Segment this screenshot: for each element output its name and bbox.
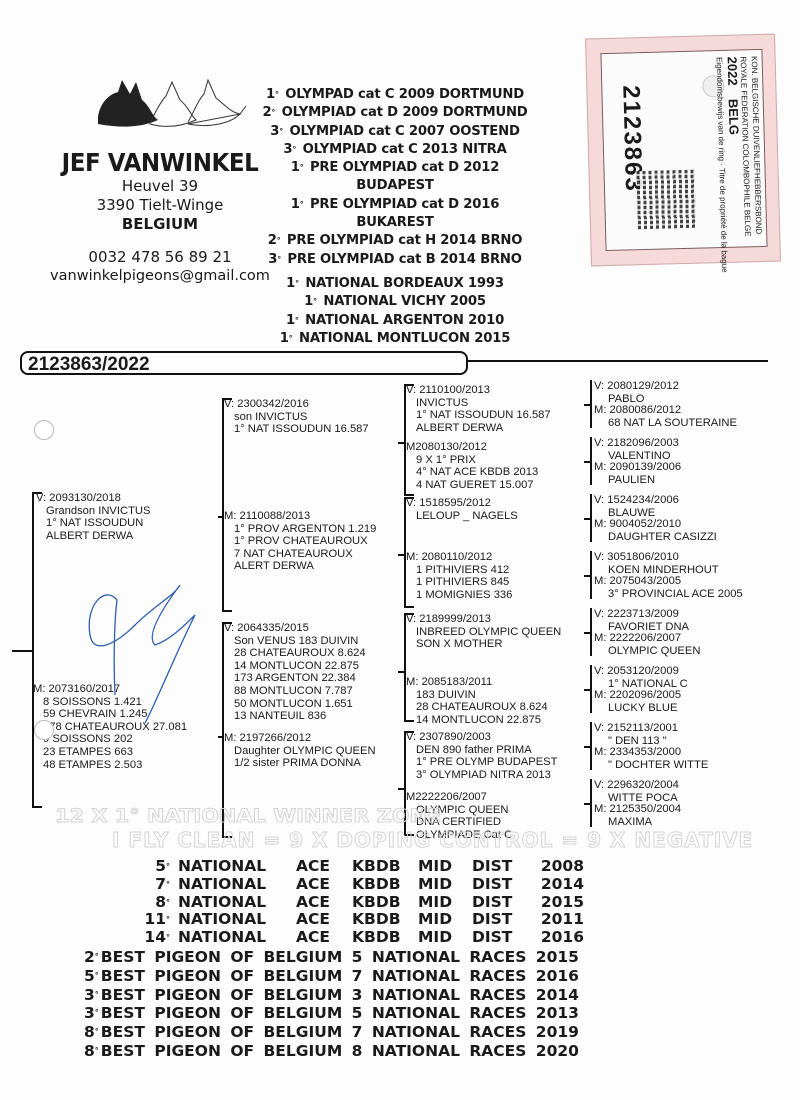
rank: 1	[304, 294, 313, 309]
ring-number: V: 2080129/2012	[594, 380, 679, 392]
signature	[85, 575, 210, 725]
best-pigeon-results: 2° BEST PIGEON OF BELGIUM 5 NATIONAL RAC…	[84, 948, 579, 1061]
ring-number: V: 2189999/2013	[406, 613, 491, 625]
ring-card: 2123863 KON. BELGISCHE DUIVENLIEFHEBBERS…	[585, 34, 781, 267]
olympiad-result: 2° PRE OLYMPIAD cat H 2014 BRNO	[250, 232, 540, 250]
rank: 1	[291, 160, 300, 175]
rank: 1	[291, 197, 300, 212]
achievements-list: 1° OLYMPAD cat C 2009 DORTMUND2° OLYMPIA…	[250, 86, 540, 348]
ace-results: 5°NATIONALACEKBDBMIDDIST20087°NATIONALAC…	[140, 858, 584, 947]
g3-entry: V: 2307890/2003DEN 890 father PRIMA1° PR…	[406, 731, 557, 781]
owner-email[interactable]: vanwinkelpigeons@gmail.com	[40, 267, 280, 286]
g4-entry: V: 2080129/2012PABLO	[594, 380, 679, 405]
entry-line: 1 PITHIVIERS 845	[406, 576, 512, 589]
rank: 3	[268, 252, 277, 267]
entry-line: 1/2 sister PRIMA DONNA	[224, 757, 376, 770]
ring-number: M: 2075043/2005	[594, 575, 681, 587]
ring-number: M: 9004052/2010	[594, 518, 681, 530]
ring-number: M: 2202096/2005	[594, 689, 681, 701]
g2-sire-dam: M: 2110088/20131° PROV ARGENTON 1.2191° …	[224, 510, 376, 573]
entry-line: MAXIMA	[594, 816, 681, 829]
rank: 2	[268, 233, 277, 248]
entry-line: 13 NANTEUIL 836	[224, 710, 366, 723]
entry-line: 1° PROV ARGENTON 1.219	[224, 523, 376, 536]
g4-entry: V: 2296320/2004WITTE POCA	[594, 779, 679, 804]
best-pigeon-result: 2° BEST PIGEON OF BELGIUM 5 NATIONAL RAC…	[84, 948, 579, 967]
entry-line: 9 SOISSONS 202	[33, 733, 187, 746]
entry-line: 1 MOMIGNIES 336	[406, 589, 512, 602]
olympiad-result: 1° PRE OLYMPIAD cat D 2012 BUDAPEST	[250, 159, 540, 196]
ace-result: 14°NATIONALACEKBDBMIDDIST2016	[140, 929, 584, 947]
result-text: OLYMPIAD cat C 2013 NITRA	[298, 142, 506, 157]
entry-line: 50 MONTLUCON 1.651	[224, 698, 366, 711]
result-text: PRE OLYMPIAD cat D 2016 BUKAREST	[306, 197, 500, 230]
national-result: 1° NATIONAL VICHY 2005	[250, 293, 540, 311]
pedigree-ring-title: 2123863/2022	[20, 351, 468, 375]
rank: 1	[280, 331, 289, 346]
tree-line	[590, 437, 592, 485]
ring-number: M: 2085183/2011	[406, 676, 492, 688]
entry-line: 3° PROVINCIAL ACE 2005	[594, 588, 743, 601]
g3-entry: M: 2080110/20121 PITHIVIERS 4121 PITHIVI…	[406, 551, 512, 601]
olympiad-result: 3° OLYMPIAD cat C 2013 NITRA	[250, 141, 540, 159]
tree-connector	[584, 404, 590, 406]
ring-number: V: 2300342/2016	[224, 398, 309, 410]
punch-hole	[34, 720, 54, 740]
ring-number: M: 2334353/2000	[594, 746, 681, 758]
watermark-fly-clean: I FLY CLEAN = 9 X DOPING CONTROL = 9 X N…	[112, 828, 753, 852]
g4-entry: M: 2222206/2007OLYMPIC QUEEN	[594, 632, 700, 657]
ring-number: M: 2110088/2013	[224, 510, 310, 522]
tree-line	[590, 608, 592, 656]
entry-line: SON X MOTHER	[406, 638, 561, 651]
entry-line: 28 CHATEAUROUX 8.624	[224, 647, 366, 660]
g3-entry: V: 2110100/2013INVICTUS1° NAT ISSOUDUN 1…	[406, 384, 551, 434]
rank: 1	[286, 313, 295, 328]
watermark-national-winner: 12 X 1° NATIONAL WINNER ZONE	[55, 805, 441, 827]
best-pigeon-result: 8° BEST PIGEON OF BELGIUM 8 NATIONAL RAC…	[84, 1042, 579, 1061]
entry-line: 28 CHATEAUROUX 8.624	[406, 701, 548, 714]
tree-connector	[584, 689, 590, 691]
national-result: 1° NATIONAL MONTLUCON 2015	[250, 330, 540, 348]
rank: 1	[286, 276, 295, 291]
olympiad-result: 2° OLYMPIAD cat D 2009 DORTMUND	[250, 104, 540, 122]
ring-card-inner: 2123863 KON. BELGISCHE DUIVENLIEFHEBBERS…	[600, 49, 767, 251]
result-text: NATIONAL VICHY 2005	[319, 294, 486, 309]
entry-line: 1° PRE OLYMP BUDAPEST	[406, 756, 557, 769]
entry-line: INBREED OLYMPIC QUEEN	[406, 626, 561, 639]
national-result: 1° NATIONAL BORDEAUX 1993	[250, 275, 540, 293]
ace-result: 11°NATIONALACEKBDBMIDDIST2011	[140, 911, 584, 929]
ace-result: 8°NATIONALACEKBDBMIDDIST2015	[140, 894, 584, 912]
g2-sire-sire: V: 2300342/2016son INVICTUS1° NAT ISSOUD…	[224, 398, 369, 436]
ring-number: M: 2222206/2007	[594, 632, 681, 644]
tree-connector	[12, 650, 32, 652]
g4-entry: M: 2202096/2005LUCKY BLUE	[594, 689, 681, 714]
olympiad-result: 1° OLYMPAD cat C 2009 DORTMUND	[250, 86, 540, 104]
entry-line: 3° OLYMPIAD NITRA 2013	[406, 769, 557, 782]
entry-line: PAULIEN	[594, 474, 681, 487]
result-text: OLYMPIAD cat D 2009 DORTMUND	[277, 105, 527, 120]
ownership-fr: Titre de propriété de la bague	[717, 168, 729, 273]
g3-entry: V: 1518595/2012LELOUP _ NAGELS	[406, 497, 518, 522]
tree-line	[590, 494, 592, 542]
entry-line: Daughter OLYMPIC QUEEN	[224, 745, 376, 758]
entry-line: LUCKY BLUE	[594, 702, 681, 715]
g4-entry: M: 2125350/2004MAXIMA	[594, 803, 681, 828]
tree-connector	[584, 632, 590, 634]
g4-entry: M: 2075043/20053° PROVINCIAL ACE 2005	[594, 575, 743, 600]
ring-year: 2022	[725, 56, 741, 85]
owner-name: JEF VANWINKEL	[50, 148, 271, 177]
g4-entry: V: 2152113/2001" DEN 113 "	[594, 722, 678, 747]
ring-country: BELG	[726, 99, 742, 136]
owner-phone: 0032 478 56 89 21	[40, 248, 280, 267]
result-text: PRE OLYMPIAD cat D 2012 BUDAPEST	[306, 160, 500, 193]
entry-line: 14 MONTLUCON 22.875	[224, 660, 366, 673]
ring-number: V: 2182096/2003	[594, 437, 679, 449]
entry-line: 1° PROV CHATEAUROUX	[224, 535, 376, 548]
best-pigeon-result: 5° BEST PIGEON OF BELGIUM 7 NATIONAL RAC…	[84, 967, 579, 986]
olympiad-result: 3° PRE OLYMPIAD cat B 2014 BRNO	[250, 251, 540, 269]
ring-card-text: KON. BELGISCHE DUIVENLIEFHEBBERSBOND ROY…	[714, 56, 765, 237]
entry-line: 7 NAT CHATEAUROUX	[224, 548, 376, 561]
g2-dam-dam: M: 2197266/2012Daughter OLYMPIC QUEEN1/2…	[224, 732, 376, 770]
national-result: 1° NATIONAL ARGENTON 2010	[250, 312, 540, 330]
ring-number: M2222206/2007	[406, 791, 487, 803]
g4-entry: V: 2053120/20091° NATIONAL C	[594, 665, 688, 690]
entry-line: DAUGHTER CASIZZI	[594, 531, 717, 544]
best-pigeon-result: 3° BEST PIGEON OF BELGIUM 3 NATIONAL RAC…	[84, 986, 579, 1005]
entry-line: LELOUP _ NAGELS	[406, 510, 518, 523]
ring-number: V: 2053120/2009	[594, 665, 679, 677]
g2-dam-sire: V: 2064335/2015Son VENUS 183 DUIVIN28 CH…	[224, 622, 366, 723]
g4-entry: M: 9004052/2010DAUGHTER CASIZZI	[594, 518, 717, 543]
entry-line: 4° NAT ACE KBDB 2013	[406, 466, 538, 479]
ace-result: 7°NATIONALACEKBDBMIDDIST2014	[140, 876, 584, 894]
entry-line: ALERT DERWA	[224, 560, 376, 573]
entry-line: 68 NAT LA SOUTERAINE	[594, 417, 737, 430]
tree-connector	[584, 518, 590, 520]
ring-number: V: 3051806/2010	[594, 551, 679, 563]
g4-entry: V: 3051806/2010KOEN MINDERHOUT	[594, 551, 719, 576]
olympiad-result: 3° OLYMPIAD cat C 2007 OOSTEND	[250, 123, 540, 141]
ring-number: M: 2080086/2012	[594, 404, 681, 416]
result-text: NATIONAL BORDEAUX 1993	[301, 276, 504, 291]
result-text: NATIONAL ARGENTON 2010	[301, 313, 504, 328]
entry-line: Son VENUS 183 DUIVIN	[224, 635, 366, 648]
entry-line: 48 ETAMPES 2.503	[33, 759, 187, 772]
ring-number: V: 2064335/2015	[224, 622, 309, 634]
ring-number: V: 2307890/2003	[406, 731, 491, 743]
sire-entry: V: 2093130/2018Grandson INVICTUS1° NAT I…	[36, 492, 150, 542]
g4-entry: M: 2090139/2006PAULIEN	[594, 461, 681, 486]
g4-entry: V: 2223713/2009FAVORIET DNA	[594, 608, 689, 633]
entry-line: 1° NAT ISSOUDUN	[36, 517, 150, 530]
entry-line: son INVICTUS	[224, 411, 369, 424]
entry-line: 23 ETAMPES 663	[33, 746, 187, 759]
g4-entry: V: 2182096/2003VALENTINO	[594, 437, 679, 462]
g4-entry: V: 1524234/2006BLAUWE	[594, 494, 679, 519]
entry-line: 14 MONTLUCON 22.875	[406, 714, 548, 727]
doves-logo	[80, 72, 250, 142]
ring-number: V: 2296320/2004	[594, 779, 679, 791]
entry-line: 173 ARGENTON 22.384	[224, 672, 366, 685]
best-pigeon-result: 8° BEST PIGEON OF BELGIUM 7 NATIONAL RAC…	[84, 1023, 579, 1042]
ring-number: V: 2152113/2001	[594, 722, 678, 734]
tree-line	[590, 779, 592, 827]
g4-entry: M: 2334353/2000" DOCHTER WITTE	[594, 746, 708, 771]
owner-block: JEF VANWINKEL Heuvel 39 3390 Tielt-Winge…	[40, 148, 280, 286]
ring-number: M: 2197266/2012	[224, 732, 311, 744]
ring-number: M: 2125350/2004	[594, 803, 681, 815]
ring-number: V: 2223713/2009	[594, 608, 679, 620]
ring-number: M2080130/2012	[406, 441, 487, 453]
entry-line: 1 PITHIVIERS 412	[406, 564, 512, 577]
entry-line: OLYMPIC QUEEN	[594, 645, 700, 658]
g3-entry: M: 2085183/2011183 DUIVIN28 CHATEAUROUX …	[406, 676, 548, 726]
ring-number: V: 2093130/2018	[36, 492, 121, 504]
olympiad-result: 1° PRE OLYMPIAD cat D 2016 BUKAREST	[250, 196, 540, 233]
tree-line	[590, 551, 592, 599]
ring-number: V: 1524234/2006	[594, 494, 679, 506]
entry-line: DEN 890 father PRIMA	[406, 744, 557, 757]
owner-street: Heuvel 39	[40, 177, 280, 196]
entry-line: ALBERT DERWA	[406, 422, 551, 435]
entry-line: ALBERT DERWA	[36, 530, 150, 543]
entry-line: Grandson INVICTUS	[36, 505, 150, 518]
best-pigeon-result: 3° BEST PIGEON OF BELGIUM 5 NATIONAL RAC…	[84, 1004, 579, 1023]
rank: 1	[266, 87, 275, 102]
result-text: OLYMPAD cat C 2009 DORTMUND	[281, 87, 524, 102]
ace-result: 5°NATIONALACEKBDBMIDDIST2008	[140, 858, 584, 876]
entry-line: 4 NAT GUERET 15.007	[406, 479, 538, 492]
tree-connector	[584, 461, 590, 463]
owner-city: 3390 Tielt-Winge	[40, 196, 280, 215]
owner-country: BELGIUM	[40, 215, 280, 234]
qr-code-icon	[637, 170, 696, 229]
entry-line: INVICTUS	[406, 397, 551, 410]
entry-line: 88 MONTLUCON 7.787	[224, 685, 366, 698]
entry-line: 1° NAT ISSOUDUN 16.587	[406, 409, 551, 422]
rank: 3	[270, 124, 279, 139]
tree-connector	[584, 575, 590, 577]
result-text: PRE OLYMPIAD cat B 2014 BRNO	[283, 252, 522, 267]
title-rule	[468, 360, 768, 362]
entry-line: 183 DUIVIN	[406, 689, 548, 702]
result-text: OLYMPIAD cat C 2007 OOSTEND	[285, 124, 520, 139]
g3-entry: M2080130/20129 X 1° PRIX4° NAT ACE KBDB …	[406, 441, 538, 491]
g4-entry: M: 2080086/201268 NAT LA SOUTERAINE	[594, 404, 737, 429]
tree-connector	[584, 803, 590, 805]
entry-line: 9 X 1° PRIX	[406, 454, 538, 467]
ring-number: V: 2110100/2013	[406, 384, 490, 396]
entry-line: " DOCHTER WITTE	[594, 759, 708, 772]
ring-number: V: 1518595/2012	[406, 497, 491, 509]
tree-line	[590, 380, 592, 428]
g3-entry: V: 2189999/2013INBREED OLYMPIC QUEENSON …	[406, 613, 561, 651]
tree-connector	[584, 746, 590, 748]
result-text: NATIONAL MONTLUCON 2015	[295, 331, 511, 346]
result-text: PRE OLYMPIAD cat H 2014 BRNO	[283, 233, 523, 248]
entry-line: 1° NAT ISSOUDUN 16.587	[224, 423, 369, 436]
tree-line	[590, 722, 592, 770]
punch-hole	[34, 420, 54, 440]
ownership-nl: Eigendomsbewijs van de ring	[715, 57, 727, 161]
tree-line	[590, 665, 592, 713]
ring-number: M: 2080110/2012	[406, 551, 492, 563]
ring-number: M: 2090139/2006	[594, 461, 681, 473]
